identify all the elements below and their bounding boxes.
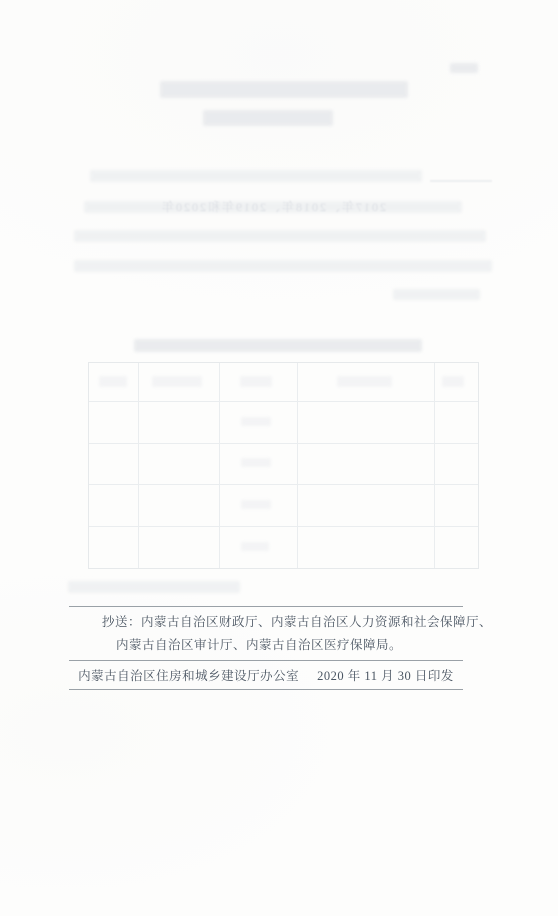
table-row-line <box>89 401 478 402</box>
issuer-row: 内蒙古自治区住房和城乡建设厅办公室 2020 年 11 月 30 日印发 <box>69 661 463 689</box>
bleedthrough-title-line-1 <box>160 81 408 98</box>
bleedthrough-table-grid <box>88 362 479 569</box>
document-footer: 抄送：内蒙古自治区财政厅、内蒙古自治区人力资源和社会保障厅、 内蒙古自治区审计厅… <box>69 606 463 690</box>
bleedthrough-prefooter-line <box>68 581 240 593</box>
scanned-document-page: 2017年、2018年、2019年和2020年 抄送：内蒙古自治区财政厅、内蒙古… <box>0 0 558 916</box>
bleedthrough-table-header-cell <box>442 376 464 387</box>
bleedthrough-table-cell-mark <box>241 500 271 509</box>
bleedthrough-paragraph-line-4 <box>74 260 492 272</box>
bleedthrough-table-title <box>134 339 422 352</box>
table-column-line <box>297 363 298 568</box>
bleedthrough-paragraph-line-5 <box>393 289 480 300</box>
table-column-line <box>434 363 435 568</box>
bleedthrough-paragraph-line-3 <box>74 230 486 242</box>
table-column-line <box>219 363 220 568</box>
bleedthrough-table-cell-mark <box>241 542 269 551</box>
issuing-office: 内蒙古自治区住房和城乡建设厅办公室 <box>78 666 299 684</box>
bleedthrough-title-line-2 <box>203 110 333 126</box>
bleedthrough-corner-mark <box>450 63 478 73</box>
table-column-line <box>138 363 139 568</box>
footer-bottom-rule <box>69 689 463 690</box>
bleedthrough-paragraph-line-1 <box>90 170 422 182</box>
table-row-line <box>89 443 478 444</box>
cc-line-1: 抄送：内蒙古自治区财政厅、内蒙古自治区人力资源和社会保障厅、 <box>69 607 463 632</box>
cc-line-2: 内蒙古自治区审计厅、内蒙古自治区医疗保障局。 <box>69 632 463 660</box>
table-row-line <box>89 484 478 485</box>
print-date: 2020 年 11 月 30 日印发 <box>317 666 454 684</box>
bleedthrough-table-cell-mark <box>241 458 271 467</box>
bleedthrough-table-header-cell <box>152 376 202 387</box>
table-row-line <box>89 526 478 527</box>
bleedthrough-table-cell-mark <box>241 417 271 426</box>
bleedthrough-table-header-cell <box>99 376 127 387</box>
bleedthrough-table-header-cell <box>337 376 392 387</box>
bleedthrough-underline <box>430 180 492 182</box>
bleedthrough-mirrored-year-digits: 2017年、2018年、2019年和2020年 <box>84 199 462 214</box>
bleedthrough-table-header-cell <box>240 376 272 387</box>
